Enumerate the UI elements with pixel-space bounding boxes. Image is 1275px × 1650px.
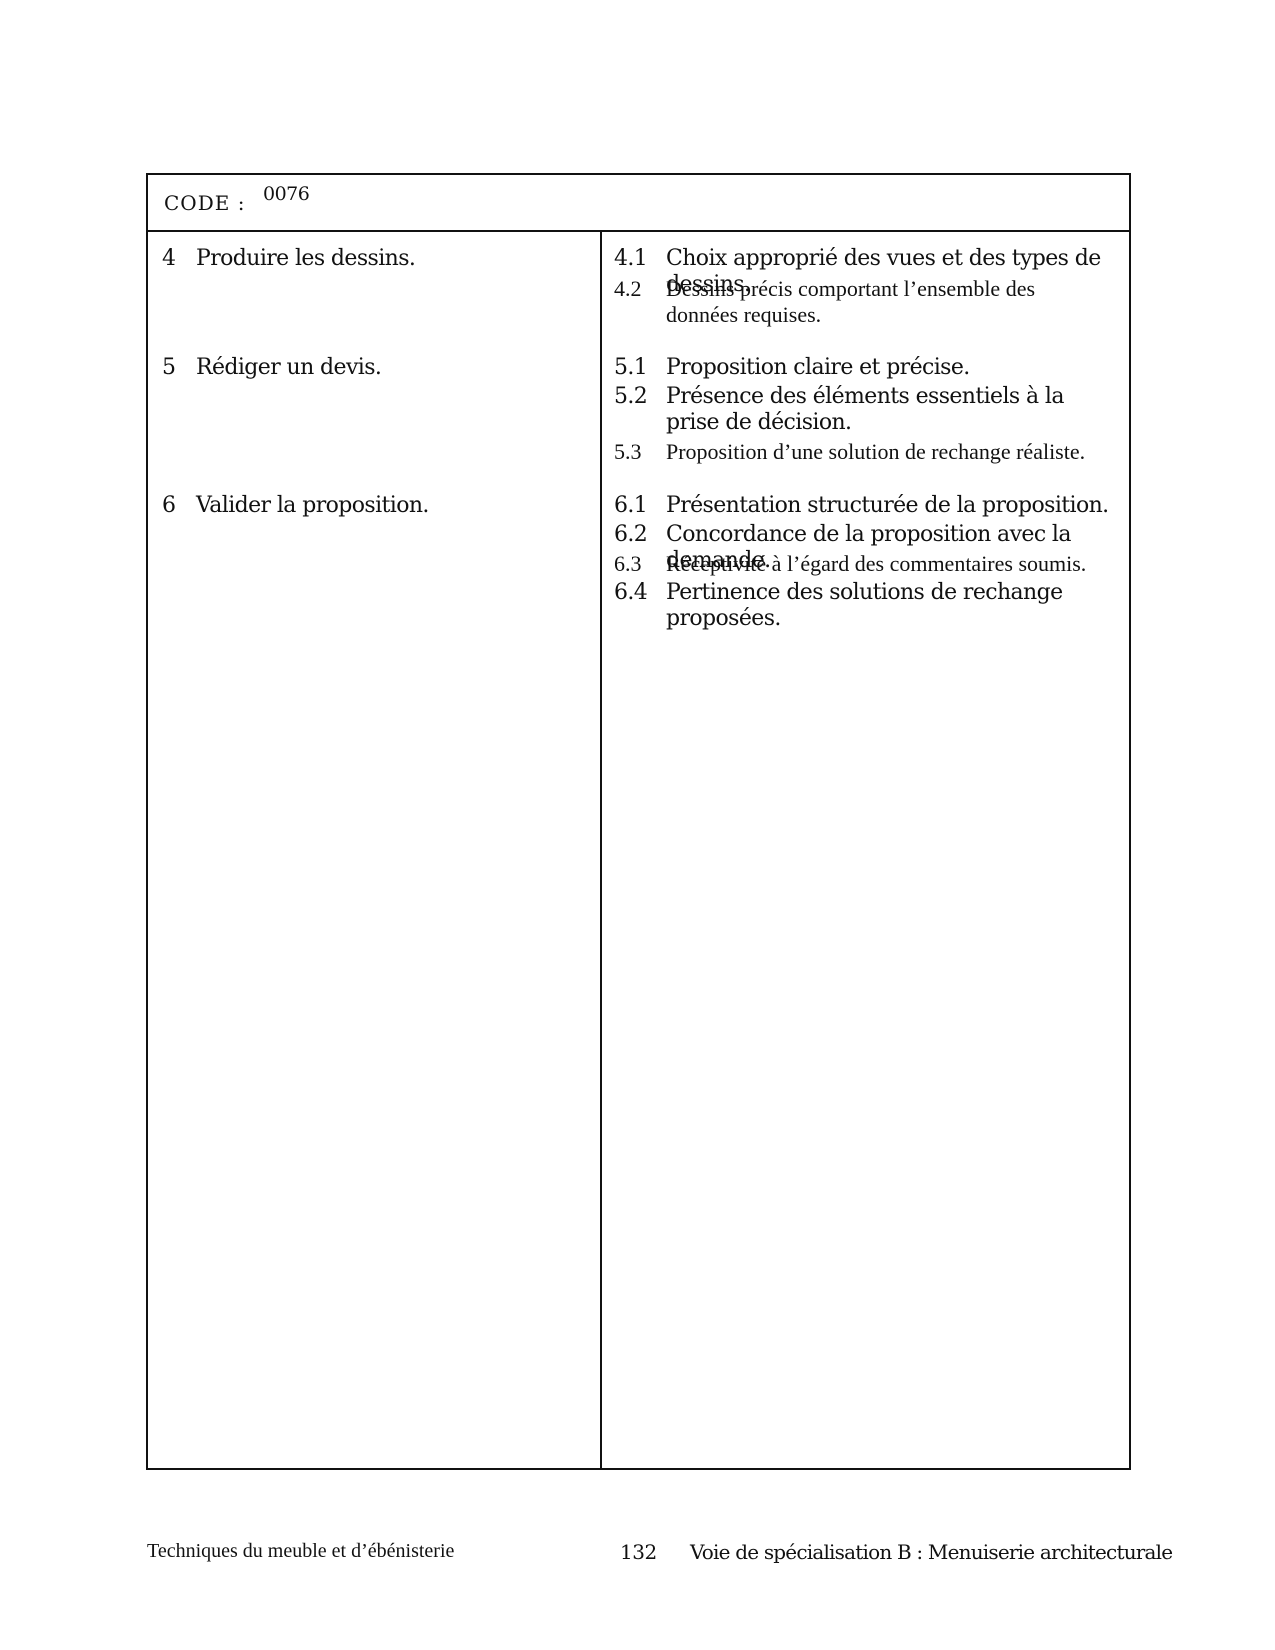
criterion-number: 5.1 (614, 355, 647, 381)
criterion-number: 6.1 (614, 493, 647, 519)
criterion-number: 4.1 (614, 246, 647, 272)
criterion-number: 6.4 (614, 580, 647, 606)
criterion-text: Présentation structurée de la propositio… (666, 493, 1121, 519)
code-header-row: CODE : 0076 (148, 175, 1129, 232)
criterion-text: Pertinence des solutions de rechange pro… (666, 580, 1121, 632)
footer-program-title: Techniques du meuble et d’ébénisterie (147, 1540, 454, 1563)
element-label: Rédiger un devis. (196, 355, 381, 381)
criterion-number: 6.2 (614, 522, 647, 548)
criterion-text: Présence des éléments essentiels à la pr… (666, 384, 1101, 436)
criterion-number: 5.2 (614, 384, 647, 410)
footer-page-number: 132 (620, 1540, 657, 1564)
criterion-text: Proposition claire et précise. (666, 355, 1121, 381)
column-divider (600, 232, 602, 1470)
criterion-number: 4.2 (614, 276, 642, 302)
element-number: 4 (162, 246, 175, 272)
competency-table: CODE : 0076 4 Produire les dessins. 5 Ré… (146, 173, 1131, 1470)
criterion-text: Dessins précis comportant l’ensemble des… (666, 276, 1061, 328)
criterion-text: Proposition d’une solution de rechange r… (666, 439, 1121, 465)
element-number: 6 (162, 493, 175, 519)
code-value: 0076 (263, 183, 309, 205)
code-label: CODE : (164, 191, 245, 215)
element-label: Valider la proposition. (196, 493, 429, 519)
element-number: 5 (162, 355, 175, 381)
element-label: Produire les dessins. (196, 246, 415, 272)
criterion-text: Réceptivité à l’égard des commentaires s… (666, 551, 1121, 577)
footer-specialization: Voie de spécialisation B : Menuiserie ar… (690, 1540, 1172, 1564)
criterion-number: 6.3 (614, 551, 642, 577)
criterion-number: 5.3 (614, 439, 642, 465)
